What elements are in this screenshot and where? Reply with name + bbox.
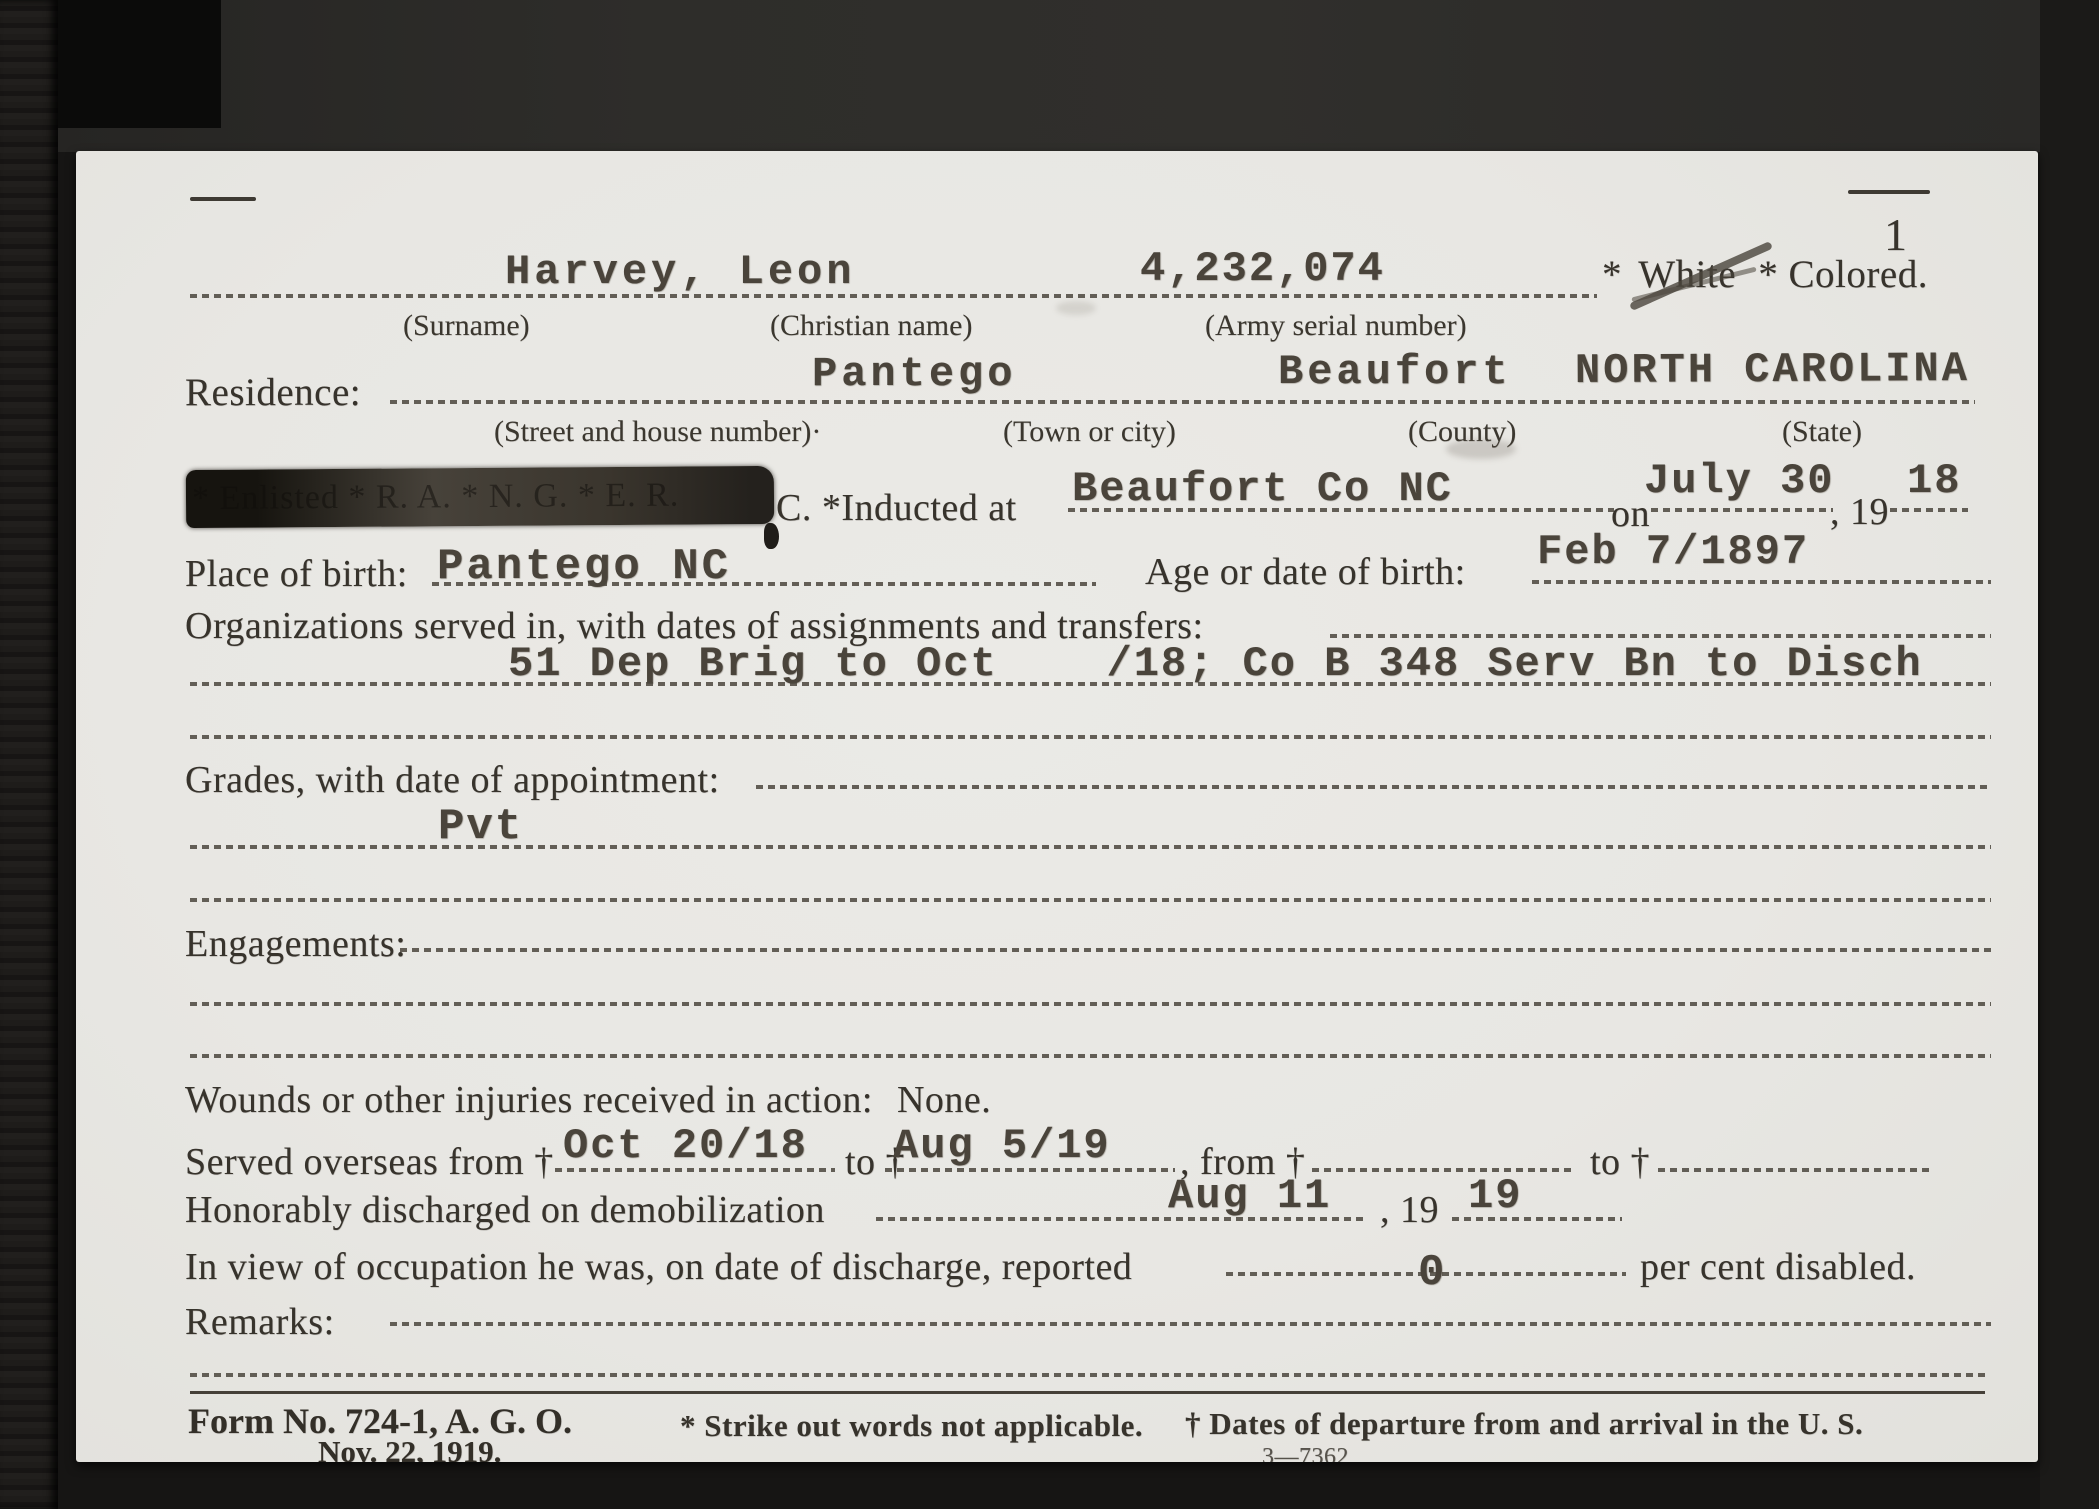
- serial-number-label: (Army serial number): [1205, 309, 1467, 343]
- redaction-smear: * Enlisted * R. A. * N. G. * E. R.: [186, 466, 774, 528]
- birth-date-label: Age or date of birth:: [1145, 550, 1466, 594]
- residence-state-value: NORTH CAROLINA: [1575, 345, 1970, 395]
- overseas-line-2: [885, 1168, 1175, 1172]
- discharge-year-value: 19: [1468, 1172, 1522, 1220]
- induction-year-value: 18: [1907, 457, 1961, 505]
- disability-percent-value: 0: [1418, 1248, 1446, 1298]
- scan-right-edge: [2040, 0, 2099, 1509]
- overseas-line-3: [1312, 1168, 1572, 1172]
- scan-top-band: [56, 0, 2042, 152]
- scan-left-edge: [0, 0, 58, 1509]
- race-colored-label: * Colored.: [1758, 253, 1928, 296]
- discharge-line-2: [1452, 1217, 1622, 1221]
- engagements-line-1: [400, 948, 1991, 952]
- wounds-row: Wounds or other injuries received in act…: [185, 1078, 991, 1122]
- organizations-line-3: [190, 735, 1991, 739]
- overseas-to-label-2: to †: [1590, 1140, 1650, 1184]
- scan-top-left-patch: [56, 0, 221, 128]
- print-code: 3—7362: [1262, 1444, 1349, 1462]
- engagements-line-3: [190, 1054, 1991, 1058]
- grades-label: Grades, with date of appointment:: [185, 758, 720, 802]
- discharge-label: Honorably discharged on demobilization: [185, 1188, 825, 1232]
- engagements-label: Engagements:: [185, 922, 406, 966]
- scan-smudge: [1446, 439, 1516, 459]
- asterisk-footnote: * Strike out words not applicable.: [680, 1408, 1143, 1444]
- induction-year-prefix: , 19: [1830, 490, 1889, 534]
- grades-line-2: [190, 845, 1991, 849]
- birth-place-line: [432, 582, 1096, 586]
- organizations-line-1: [1330, 634, 1991, 638]
- race-white-struck: White: [1638, 252, 1742, 297]
- residence-county-value: Beaufort: [1278, 348, 1512, 396]
- struck-enlistment-options: * Enlisted * R. A. * N. G. * E. R.: [192, 477, 680, 518]
- serial-value: 4,232,074: [1140, 245, 1385, 293]
- residence-line: [390, 400, 1975, 404]
- name-value: Harvey, Leon: [505, 248, 855, 296]
- wounds-value: None.: [897, 1078, 991, 1122]
- disability-suffix: per cent disabled.: [1640, 1245, 1916, 1289]
- scan-smudge: [1056, 301, 1096, 315]
- inducted-place-line: [1068, 508, 1614, 512]
- scanned-document-background: 1 Harvey, Leon 4,232,074 * White * Color…: [0, 0, 2099, 1509]
- race-options: * White * Colored.: [1602, 252, 1934, 297]
- birth-date-line: [1532, 580, 1991, 584]
- service-record-card: 1 Harvey, Leon 4,232,074 * White * Color…: [76, 151, 2038, 1462]
- top-right-tick: [1848, 190, 1930, 194]
- birth-date-value: Feb 7/1897: [1537, 528, 1809, 576]
- race-asterisk: *: [1602, 253, 1622, 296]
- induction-date-line: [1651, 508, 1833, 512]
- organizations-line-2: [190, 682, 1991, 686]
- overseas-label: Served overseas from †: [185, 1140, 554, 1184]
- inducted-place-value: Beaufort Co NC: [1072, 465, 1453, 513]
- form-date: Nov. 22, 1919.: [318, 1434, 501, 1462]
- induction-date-value: July 30: [1644, 457, 1834, 505]
- footer-rule-dashed: [190, 1373, 1985, 1377]
- engagements-line-2: [190, 1002, 1991, 1006]
- organizations-value: 51 Dep Brig to Oct /18; Co B 348 Serv Bn…: [508, 640, 1923, 688]
- dagger-footnote: † Dates of departure from and arrival in…: [1185, 1406, 1863, 1442]
- overseas-line-1: [555, 1168, 835, 1172]
- town-label: (Town or city): [1003, 415, 1176, 449]
- remarks-label: Remarks:: [185, 1300, 335, 1344]
- surname-label: (Surname): [403, 309, 530, 343]
- disability-label: In view of occupation he was, on date of…: [185, 1245, 1132, 1289]
- overseas-line-4: [1658, 1168, 1932, 1172]
- footer-rule-solid: [190, 1391, 1985, 1394]
- overseas-to-date-value: Aug 5/19: [893, 1122, 1111, 1170]
- grades-line-3: [190, 898, 1991, 902]
- residence-label: Residence:: [185, 370, 361, 415]
- birth-place-label: Place of birth:: [185, 552, 408, 596]
- top-left-tick: [190, 197, 256, 201]
- discharge-year-prefix: , 19: [1380, 1188, 1439, 1232]
- discharge-date-value: Aug 11: [1168, 1172, 1331, 1220]
- induction-year-line: [1890, 508, 1968, 512]
- overseas-from-date-value: Oct 20/18: [563, 1122, 808, 1170]
- name-line: [190, 294, 1597, 298]
- wounds-label: Wounds or other injuries received in act…: [185, 1078, 873, 1122]
- grades-line-1: [756, 785, 1991, 789]
- street-label: (Street and house number)·: [494, 415, 821, 449]
- remarks-line: [390, 1322, 1991, 1326]
- christian-name-label: (Christian name): [770, 309, 972, 343]
- residence-town-value: Pantego: [812, 350, 1016, 398]
- inducted-at-label: C. *Inducted at: [776, 486, 1017, 530]
- state-label: (State): [1782, 415, 1862, 449]
